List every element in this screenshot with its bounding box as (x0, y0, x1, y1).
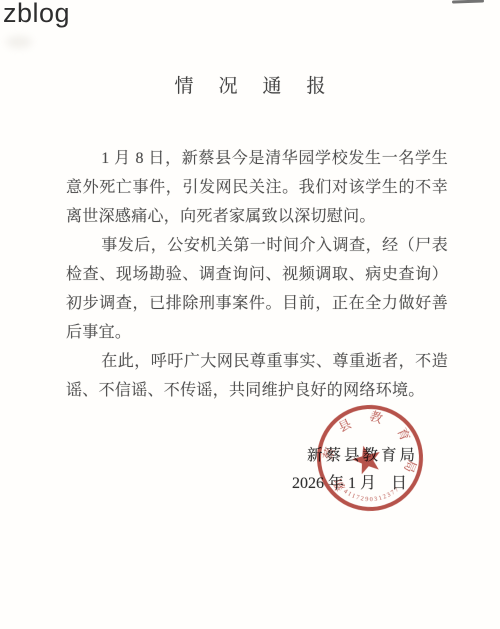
svg-text:新蔡县教育局: 新蔡县教育局 (317, 406, 421, 495)
document-title: 情况通报 (0, 71, 500, 98)
document-page: zblog 情况通报 1 月 8 日，新蔡县今是清华园学校发生一名学生意外死亡事… (0, 0, 500, 629)
scan-artifact (452, 0, 484, 4)
document-body: 1 月 8 日，新蔡县今是清华园学校发生一名学生意外死亡事件，引发网民关注。我们… (66, 144, 448, 405)
seal-star-icon (349, 442, 384, 476)
seal-ring-text: 新蔡县教育局 (317, 406, 421, 495)
site-logo[interactable]: zblog (3, 0, 70, 29)
scan-artifact (6, 36, 32, 48)
paragraph-incident: 1 月 8 日，新蔡县今是清华园学校发生一名学生意外死亡事件，引发网民关注。我们… (66, 144, 448, 231)
paragraph-investigation: 事发后，公安机关第一时间介入调查，经（尸表检查、现场勘验、调查询问、视频调取、病… (66, 231, 448, 347)
official-seal-icon: 新蔡县教育局 4117290312377 (296, 384, 443, 531)
